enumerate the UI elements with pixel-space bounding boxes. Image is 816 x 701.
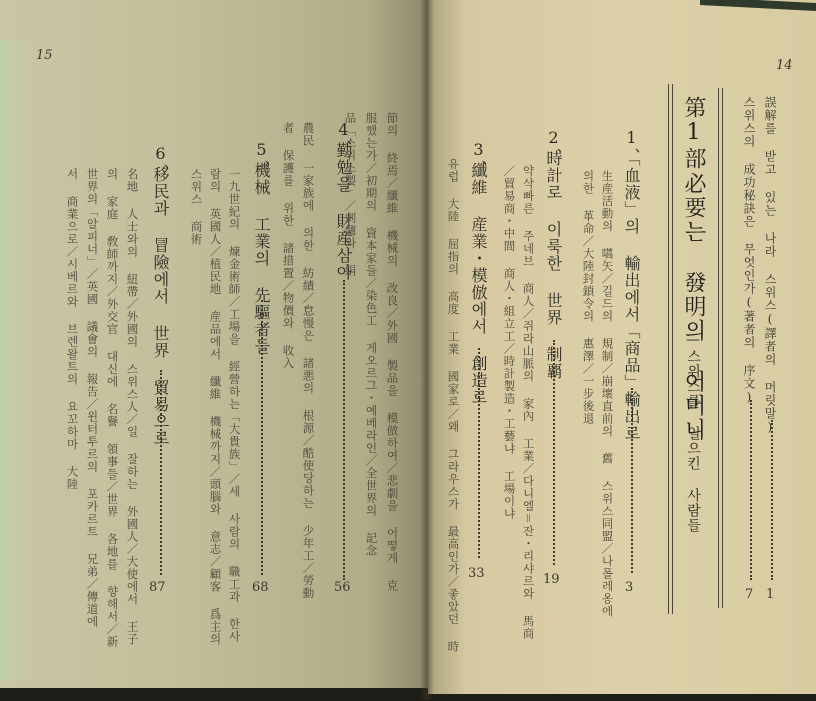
toc-subtopics-line: 名地 人士와의 紐帶／外國의 스위스人／일 잘하는 外國人／大使에서 王子 [126, 168, 138, 646]
toc-subtopics-line: 약삭빠른 주네브 商人／쥐라山脈의 家內 工業／다니엘＝잔・리샤르와 馬商 [522, 165, 534, 640]
toc-leader-dots [771, 420, 773, 580]
book-gutter [420, 0, 434, 700]
toc-page-ref: 3 [625, 580, 633, 595]
toc-page-ref: 19 [543, 572, 560, 587]
toc-frontmatter-preface-translator: 誤解를 받고 있는 나라 스위스(譯者의 머릿말) [764, 96, 776, 435]
toc-subtopics-line: 節의 終焉／纖維 機械의 改良／外國 製品을 模倣하여／悲劇을 어떻게 克 [386, 112, 398, 592]
toc-subtopics-line: 서 商業으로／시베르와 브렌왈트의 요꼬하마 大陸 [66, 168, 78, 491]
toc-subtopics-line: 유럽 大陸 屈指의 高度 工業 國家로／왜 그라우스가 最高인가／좋았던 時 [447, 158, 459, 653]
toc-frontmatter-preface-author: 스위스의 成功秘訣은 무엇인가(著者의 序文) [743, 96, 755, 405]
toc-subtopics-line: 農民 一家族에 의한 紡績／怠慢은 諸悪의 根源／酷使당하는 少年工／勞動 [302, 122, 314, 600]
right-page-number: 14 [776, 58, 793, 73]
toc-subtopics-line: 生産活動의 嚆矢／길드의 規制／崩壞直前의 舊 스위스同盟／나폴레옹에 [601, 170, 613, 618]
left-page-number: 15 [36, 48, 53, 63]
toc-leader-dots [750, 400, 752, 580]
toc-subtopics-line: ／貿易商・中間 商人・組立工／時計製造・工藝냐 工場이냐 [503, 165, 515, 520]
toc-page-ref: 33 [468, 566, 485, 581]
toc-subtopics-line: 者 保護를 위한 諸措置／物價와 收入 [282, 122, 294, 370]
toc-leader-dots [160, 370, 162, 575]
toc-subtopics-line: 의 家庭 敎師까지／外交官 대신에 名譽 領事들／世界 各地를 향해서／新 [106, 168, 118, 648]
toc-subtopics-line: 世界의「알피너」／英國 議會의 報告／윈터투르의 포카르트 兄弟／傳道에 [86, 168, 98, 628]
toc-leader-dots [631, 388, 633, 573]
part-frame-line [718, 88, 723, 608]
toc-leader-dots [261, 300, 263, 575]
part-frame-line [668, 84, 673, 614]
toc-page-ref: 1 [766, 587, 774, 602]
toc-leader-dots [553, 340, 555, 565]
toc-page-ref: 56 [334, 580, 351, 595]
toc-subtopics-line: 람의 英國人／植民地 産品에서 纖維 機械까지／頭腦와 意志／顧客 爲主의 [209, 168, 221, 646]
part-subtitle: —스위스를 일으킨 사람들 [686, 332, 700, 533]
toc-leader-dots [343, 280, 345, 580]
toc-leader-dots [478, 348, 480, 558]
part-label: 第1部 [682, 96, 704, 171]
toc-subtopics-line: 一九世紀의 煉金術師／工場을 經營하는「大貴族」／세 사람의 職工과 한사 [228, 168, 240, 643]
book-spread: 15 14 誤解를 받고 있는 나라 스위스(譯者의 머릿말) 1 스위스의 成… [0, 0, 816, 701]
toc-subtopics-line: 스위스 商術 [190, 168, 202, 246]
toc-page-ref: 68 [252, 580, 269, 595]
toc-page-ref: 87 [149, 580, 166, 595]
toc-subtopics-line: 品「스위스製」／刺繡와 絹 [344, 112, 356, 277]
toc-page-ref: 7 [745, 587, 753, 602]
toc-subtopics-line: 의한 革命／大陸封鎖令의 惠澤／一步後退 [582, 170, 594, 425]
toc-subtopics-line: 服했는가／初期의 資本家들／染色工 게오르그・예베라인／全世界의 記念 [365, 112, 377, 557]
